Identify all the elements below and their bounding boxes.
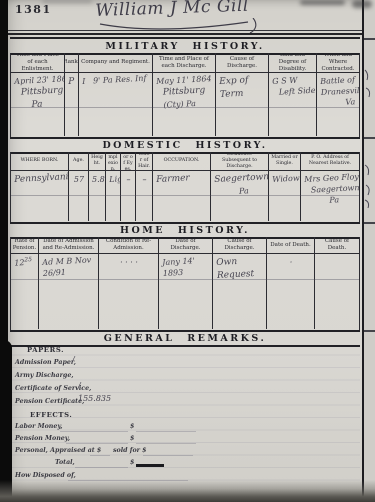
cell-death-date: · <box>267 254 315 329</box>
papers-item-label: Admission Paper, <box>15 359 76 366</box>
cell-readmission-condition: · · · · <box>99 254 159 329</box>
page-number: 1381 <box>15 3 52 16</box>
cell-complexion: Light <box>106 171 121 221</box>
column-header: When and Where Contracted. <box>317 53 359 72</box>
column-header: Date of Admission and Re-Admission. <box>39 237 99 253</box>
cell-discharge: May 11' 1864 Pittsburg (Cty) Pa <box>153 73 216 136</box>
papers-label: PAPERS. <box>27 346 64 354</box>
scan-smudge <box>42 0 92 3</box>
scan-gutter-edge <box>0 340 12 502</box>
leader-line <box>136 430 196 432</box>
table-header-row: WHERE BORN. Age. Height. Complexion. Col… <box>11 152 359 171</box>
divider <box>8 33 364 35</box>
cell-age: 57 <box>69 171 89 221</box>
effects-item-label: Labor Money, <box>15 423 63 430</box>
column-header: Condition of Re-Admission. <box>99 237 159 253</box>
table-header-row: Rate of Pension. Date of Admission and R… <box>11 237 359 254</box>
adjacent-page-sliver <box>364 0 375 502</box>
table-row: April 23' 1861 Pittsburg Pa P I 9' Pa Re… <box>11 73 359 136</box>
column-header: Cause of Discharge. <box>213 237 267 253</box>
scanned-register-page: 1381 William J Mc Gill MILITARY HISTORY.… <box>0 0 375 502</box>
leader-line <box>143 454 193 456</box>
column-header: Date of Death. <box>267 237 315 253</box>
effects-label: EFFECTS. <box>30 411 72 419</box>
cell-death-cause <box>315 254 359 329</box>
column-header: Cause of Discharge. <box>216 53 269 72</box>
section-title: HOME HISTORY. <box>120 225 250 236</box>
column-header: Date of Discharge. <box>159 237 213 253</box>
scan-smudge <box>300 0 345 5</box>
adjacent-page-rule <box>364 137 375 139</box>
cell-height: 5.8 <box>89 171 106 221</box>
cell-married-single: Widower <box>269 171 301 221</box>
cell-admission-date: Ad M B Nov 26/91 <box>39 254 99 329</box>
adjacent-page-rule <box>364 222 375 224</box>
dollar-sign: $ <box>130 435 134 442</box>
section-title: MILITARY HISTORY. <box>105 41 264 52</box>
column-header: Color of Eyes. <box>121 152 136 170</box>
column-header: Color of Hair. <box>136 152 153 170</box>
adjacent-page-rule <box>364 330 375 332</box>
divider <box>8 30 364 31</box>
row-divider <box>11 195 359 196</box>
signature-flourish <box>98 18 263 34</box>
column-header: WHERE BORN. <box>11 152 69 170</box>
table-row: Pennsylvania 57 5.8 Light – – Farmer Sae… <box>11 171 359 221</box>
papers-item-label: Army Discharge, <box>15 372 74 379</box>
cell-company-regiment: I 9' Pa Res. Inf <box>79 73 153 136</box>
effects-item-label: Total, <box>55 459 75 466</box>
total-line <box>136 464 164 467</box>
dollar-sign: $ <box>130 459 134 466</box>
column-header: Height. <box>89 152 106 170</box>
column-header: Residence Subsequent to Discharge. <box>211 152 269 170</box>
column-header: Kind and Degree of Disability. <box>269 53 317 72</box>
column-header: Time and Place of each Discharge. <box>153 53 216 72</box>
papers-item-value: / <box>78 381 81 390</box>
cell-rank: P <box>65 73 79 136</box>
column-header: P. O. Address of Nearest Relative. <box>301 152 359 170</box>
cell-disability: G S W Left Side <box>269 73 317 136</box>
column-header: Age. <box>69 152 89 170</box>
leader-line <box>75 466 128 468</box>
cell-occupation: Farmer <box>153 171 211 221</box>
table-row: 1225 Ad M B Nov 26/91 · · · · Jany 14' 1… <box>11 254 359 329</box>
leader-line <box>66 442 128 444</box>
row-divider <box>11 107 359 108</box>
adjacent-page-rule <box>364 38 375 40</box>
papers-item-value: 155.835 <box>78 394 111 403</box>
cell-rate-of-pension: 1225 <box>11 254 39 329</box>
home-history-table: Rate of Pension. Date of Admission and R… <box>10 237 360 330</box>
dollar-sign: $ <box>130 423 134 430</box>
cell-enlistment: April 23' 1861 Pittsburg Pa <box>11 73 65 136</box>
scan-bottom-shadow <box>0 480 375 502</box>
papers-item-label: Pension Certificate, <box>15 398 84 405</box>
domestic-history-table: WHERE BORN. Age. Height. Complexion. Col… <box>10 152 360 222</box>
military-history-table: Time and Place of each Enlistment. Rank.… <box>10 53 360 137</box>
leader-line <box>136 442 196 444</box>
column-header: Complexion. <box>106 152 121 170</box>
column-header: Rate of Pension. <box>11 237 39 253</box>
effects-item-label: sold for $ <box>113 447 147 454</box>
scan-smudge <box>352 0 372 8</box>
cell-discharge-date: Jany 14' 1893 <box>159 254 213 329</box>
column-header: Cause of Death. <box>315 237 359 253</box>
column-header: Company and Regiment. <box>79 53 153 72</box>
adjacent-page-marks <box>364 0 375 502</box>
cell-color-hair: – <box>136 171 153 221</box>
cell-po-address: Mrs Geo Floyd Saegertown Pa <box>301 171 359 221</box>
section-title: DOMESTIC HISTORY. <box>102 140 267 151</box>
column-header: Rank. <box>65 53 79 72</box>
papers-item-value: / <box>72 355 75 364</box>
leader-line <box>60 430 128 432</box>
cell-residence: Saegertown Pa <box>211 171 269 221</box>
effects-item-label: Pension Money, <box>15 435 70 442</box>
cell-discharge-cause: Own Request <box>213 254 267 329</box>
effects-item-label: How Disposed of, <box>15 472 76 479</box>
cell-color-eyes: – <box>121 171 136 221</box>
row-divider <box>11 279 359 280</box>
column-header: Married or Single. <box>269 152 301 170</box>
column-header: Time and Place of each Enlistment. <box>11 53 65 72</box>
leader-line <box>90 454 110 456</box>
column-header: OCCUPATION. <box>153 152 211 170</box>
general-remarks-area: PAPERS. Admission Paper, / Army Discharg… <box>10 343 360 490</box>
effects-item-label: Personal, Appraised at $ <box>15 447 101 454</box>
cell-where-born: Pennsylvania <box>11 171 69 221</box>
cell-cause-of-discharge: Exp of Term <box>216 73 269 136</box>
table-header-row: Time and Place of each Enlistment. Rank.… <box>11 53 359 73</box>
cell-where-contracted: Battle of Dranesville Va <box>317 73 359 136</box>
